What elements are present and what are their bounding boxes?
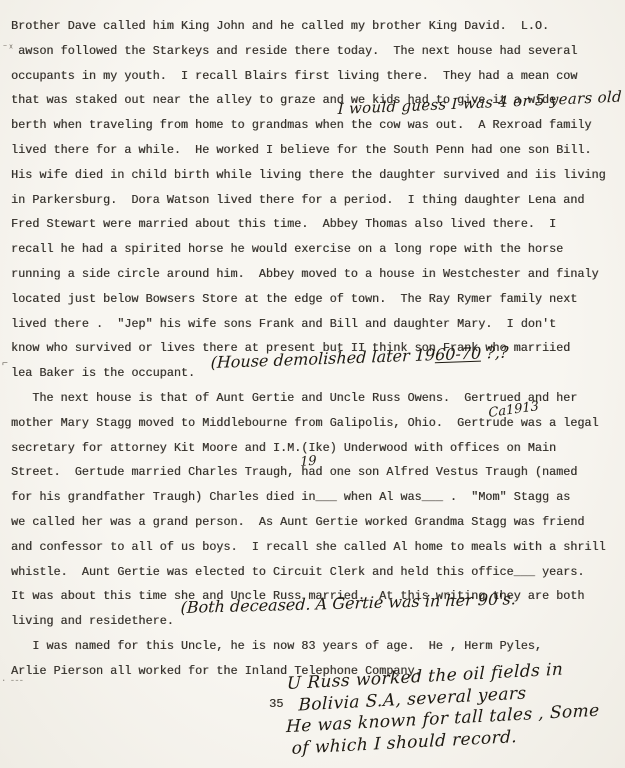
typed-line-10: recall he had a spirited horse he would … [11, 237, 606, 262]
typed-line-3: occupants in my youth. I recall Blairs f… [11, 64, 606, 89]
handwritten-demolished-years-underlined: 60-70 [435, 344, 482, 365]
typed-line-6: lived there for a while. He worked I bel… [11, 138, 606, 163]
typed-line-23: whistle. Aunt Gertie was elected to Circ… [11, 560, 606, 585]
handwritten-demolished-suffix: ?,? [481, 343, 509, 363]
typed-line-12: located just below Bowsers Store at the … [11, 287, 606, 312]
typed-line-5: berth when traveling from home to grandm… [11, 113, 606, 138]
typed-line-22: and confessor to all of us boys. I recal… [11, 535, 606, 560]
handwritten-note-year-fill-in: 19 [300, 454, 317, 470]
scanned-memoir-page: Brother Dave called him King John and he… [0, 0, 625, 768]
handwritten-note-uncle-russ-bolivia: U Russ worked the oil fields inBolivia S… [285, 658, 600, 761]
typed-line-9: Fred Stewart were married about this tim… [11, 212, 606, 237]
stray-mark-margin-x: ⁻ˣ [2, 43, 14, 55]
typed-line-13: lived there . "Jep" his wife sons Frank … [11, 312, 606, 337]
typed-line-26: I was named for this Uncle, he is now 83… [11, 634, 606, 659]
stray-mark-smudge: · --- [1, 676, 23, 686]
typed-line-1: Brother Dave called him King John and he… [11, 14, 606, 39]
typed-line-20: for his grandfather Traugh) Charles died… [11, 485, 606, 510]
typed-line-8: in Parkersburg. Dora Watson lived there … [11, 188, 606, 213]
typed-line-2: awson followed the Starkeys and reside t… [11, 39, 606, 64]
typed-line-11: running a side circle around him. Abbey … [11, 262, 606, 287]
typed-line-21: we called her was a grand person. As Aun… [11, 510, 606, 535]
page-number: 35 [269, 697, 283, 711]
stray-mark-corner: ⌐ [2, 359, 8, 370]
typed-line-7: His wife died in child birth while livin… [11, 163, 606, 188]
